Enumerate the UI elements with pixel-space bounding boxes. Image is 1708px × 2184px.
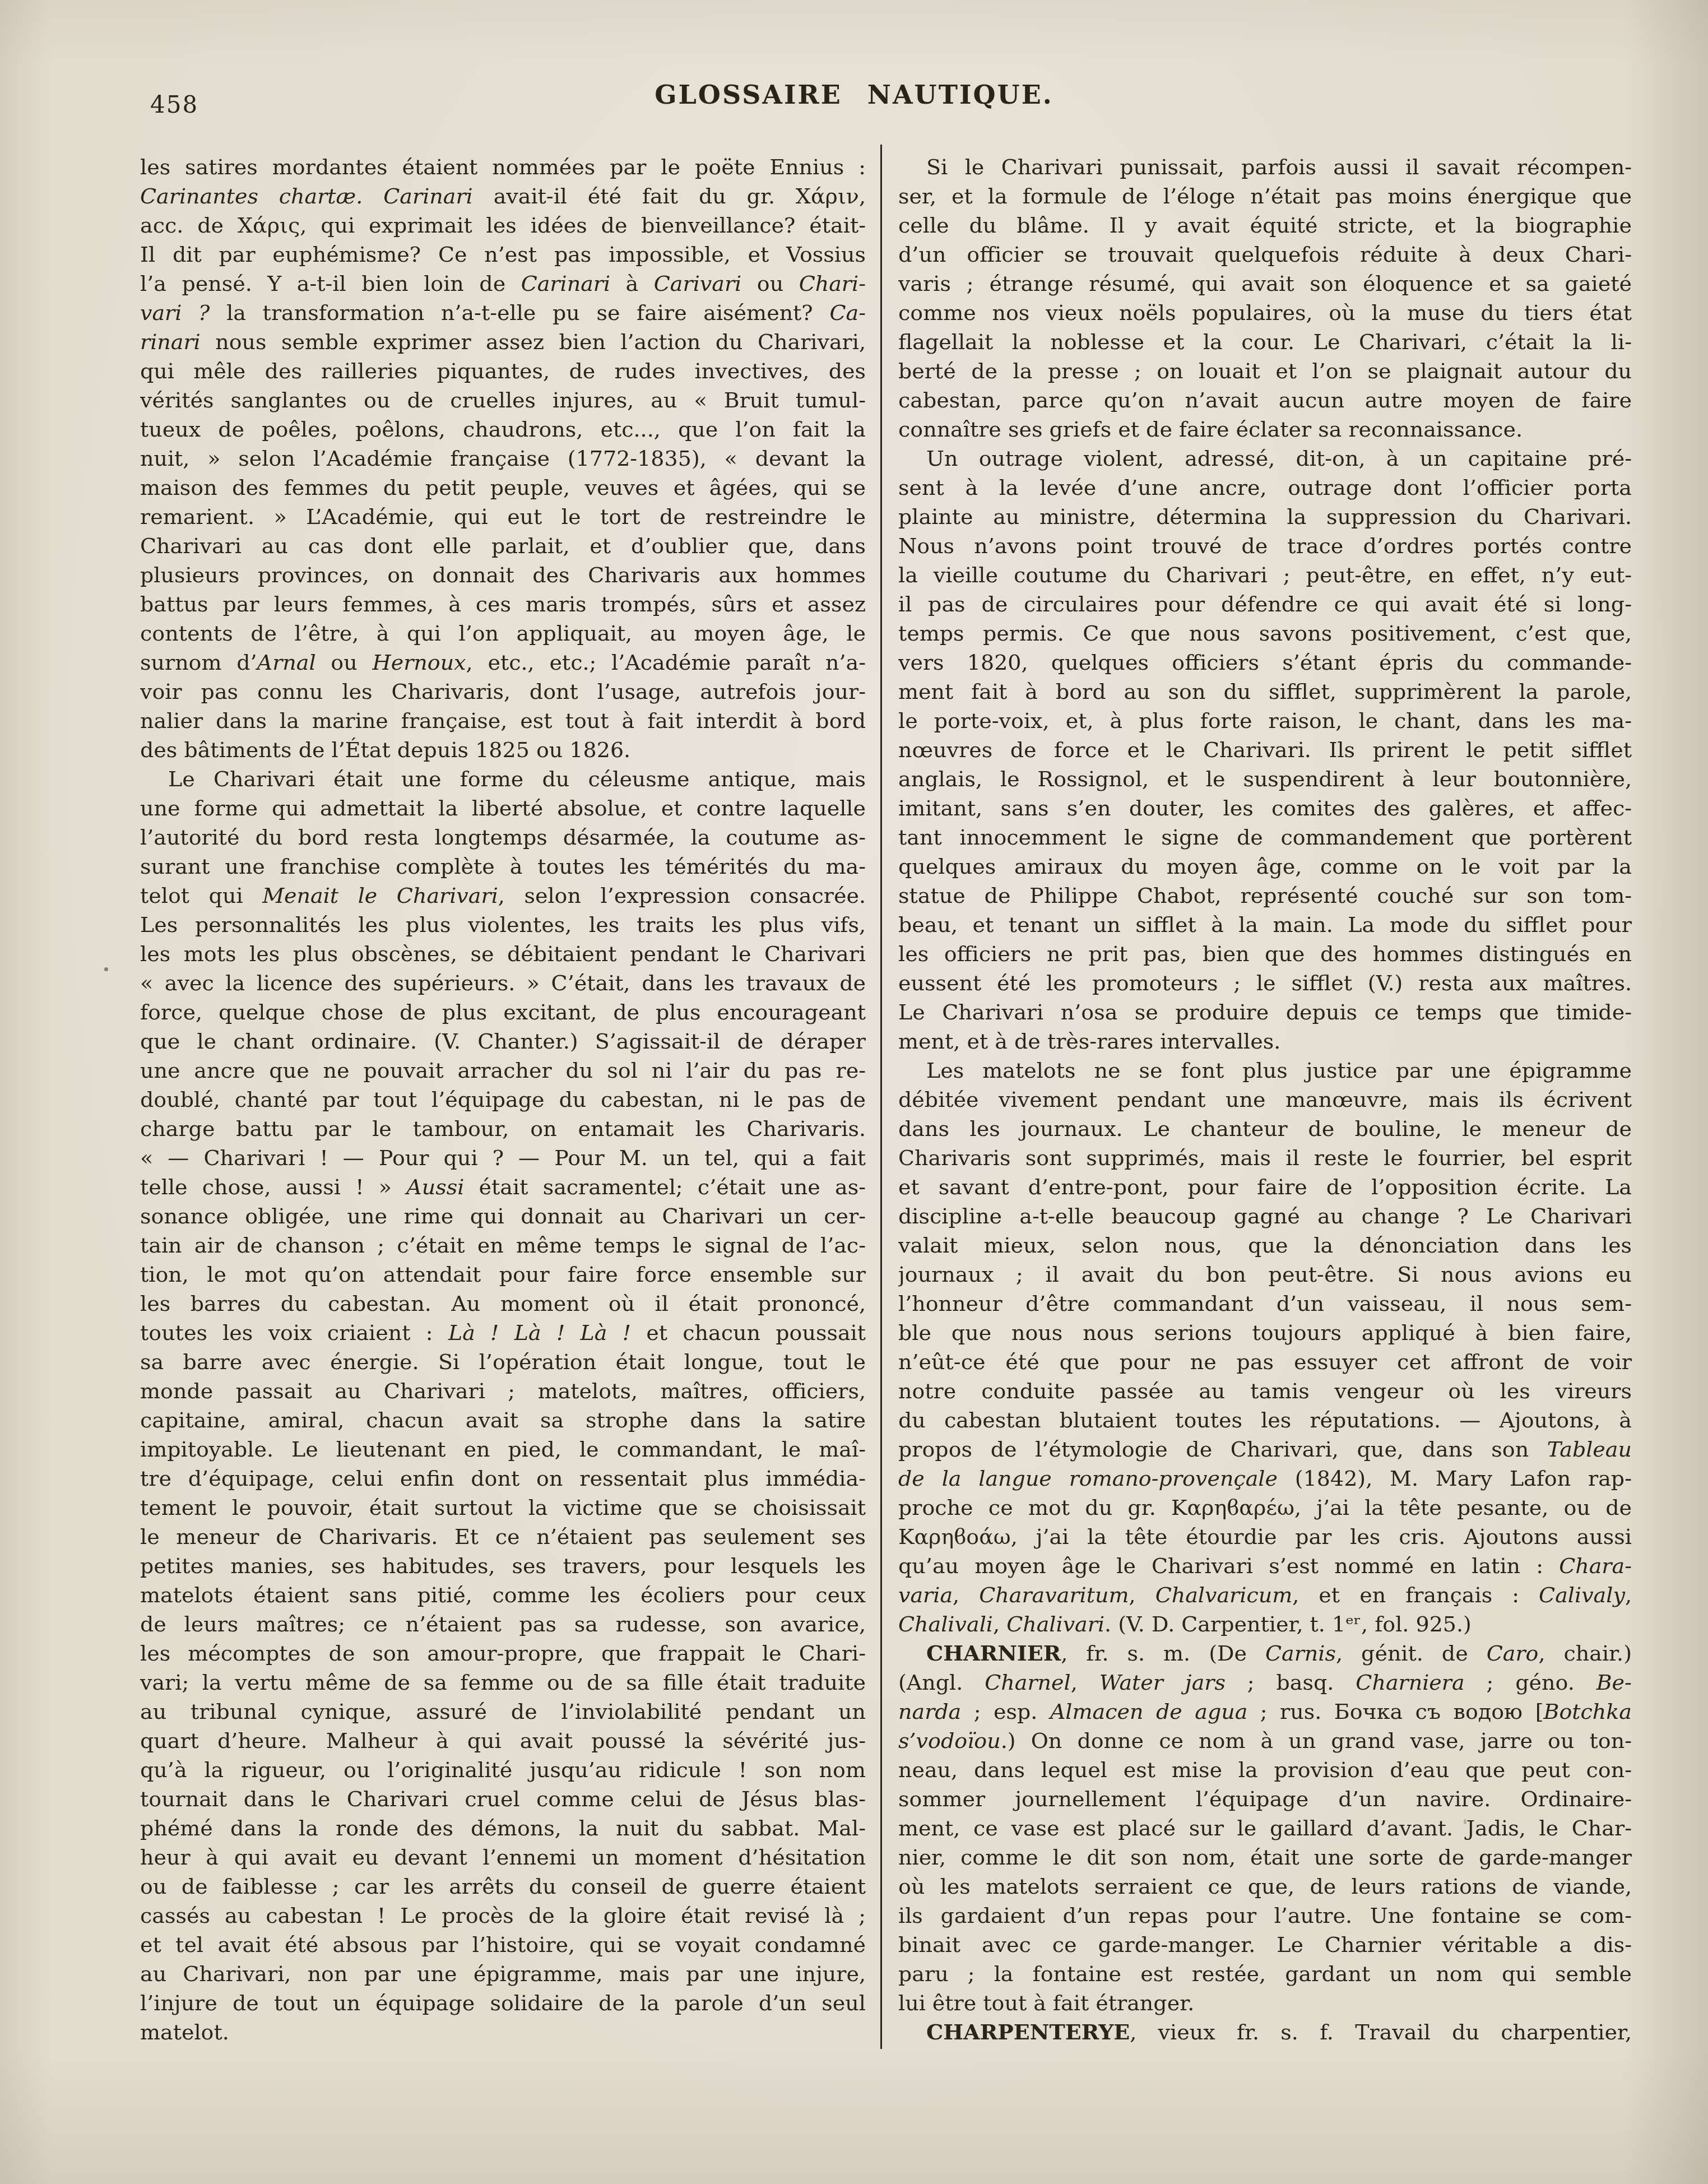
text-line: nœuvres de force et le Charivari. Ils pr… [898, 735, 1632, 764]
text-line: force, quelque chose de plus excitant, d… [140, 998, 866, 1027]
paragraph: Le Charivari était une forme du céleusme… [140, 764, 866, 2047]
text-line: imitant, sans s’en douter, les comites d… [898, 794, 1632, 823]
paper-speckle [1464, 1819, 1466, 1824]
text-line: sa barre avec énergie. Si l’opération ét… [140, 1347, 866, 1376]
text-line: sommer journellement l’équipage d’un nav… [898, 1784, 1632, 1814]
text-line: débitée vivement pendant une manœuvre, m… [898, 1085, 1632, 1114]
text-line: les mots les plus obscènes, se débitaien… [140, 939, 866, 968]
text-line: la vieille coutume du Charivari ; peut-ê… [898, 560, 1632, 590]
text-line: sonance obligée, une rime qui donnait au… [140, 1202, 866, 1231]
text-line: beau, et tenant un sifflet à la main. La… [898, 910, 1632, 939]
text-line: où les matelots serraient ce que, de leu… [898, 1872, 1632, 1901]
text-line: vari ? la transformation n’a-t-elle pu s… [140, 298, 866, 327]
text-line: journaux ; il avait du bon peut-être. Si… [898, 1260, 1632, 1289]
text-line: anglais, le Rossignol, et le suspendiren… [898, 764, 1632, 794]
text-line: au tribunal cynique, assuré de l’inviola… [140, 1697, 866, 1726]
text-line: surant une franchise complète à toutes l… [140, 852, 866, 881]
text-line: Les matelots ne se font plus justice par… [898, 1056, 1632, 1085]
text-line: ser, et la formule de l’éloge n’était pa… [898, 182, 1632, 211]
text-line: surnom d’Arnal ou Hernoux, etc., etc.; l… [140, 648, 866, 677]
text-line: nuit, » selon l’Académie française (1772… [140, 444, 866, 473]
text-line: les barres du cabestan. Au moment où il … [140, 1289, 866, 1318]
text-line: ment fait à bord au son du sifflet, supp… [898, 677, 1632, 706]
text-line: dans les journaux. Le chanteur de boulin… [898, 1114, 1632, 1143]
text-line: qu’au moyen âge le Charivari s’est nommé… [898, 1551, 1632, 1580]
text-line: vérités sanglantes ou de cruelles injure… [140, 386, 866, 415]
text-line: Il dit par euphémisme? Ce n’est pas impo… [140, 240, 866, 269]
text-line: discipline a-t-elle beaucoup gagné au ch… [898, 1202, 1632, 1231]
text-line: valait mieux, selon nous, que la dénonci… [898, 1231, 1632, 1260]
text-line: (Angl. Charnel, Water jars ; basq. Charn… [898, 1668, 1632, 1697]
text-line: tain air de chanson ; c’était en même te… [140, 1231, 866, 1260]
left-column: les satires mordantes étaient nommées pa… [140, 152, 866, 2047]
text-line: Un outrage violent, adressé, dit-on, à u… [898, 444, 1632, 473]
text-line: phémé dans la ronde des démons, la nuit … [140, 1814, 866, 1843]
text-line: petites manies, ses habitudes, ses trave… [140, 1551, 866, 1580]
text-line: il pas de circulaires pour défendre ce q… [898, 590, 1632, 619]
text-line: telot qui Menait le Charivari, selon l’e… [140, 881, 866, 910]
text-line: l’honneur d’être commandant d’un vaissea… [898, 1289, 1632, 1318]
text-line: eussent été les promoteurs ; le sifflet … [898, 968, 1632, 998]
text-line: tre d’équipage, celui enfin dont on ress… [140, 1464, 866, 1493]
scanned-book-page: 458 GLOSSAIRE NAUTIQUE. les satires mord… [0, 0, 1708, 2184]
text-line: Le Charivari n’osa se produire depuis ce… [898, 998, 1632, 1027]
text-line: flagellait la noblesse et la cour. Le Ch… [898, 327, 1632, 356]
text-line: temps permis. Ce que nous savons positiv… [898, 619, 1632, 648]
text-line: l’a pensé. Y a-t-il bien loin de Carinar… [140, 269, 866, 298]
text-line: du cabestan blutaient toutes les réputat… [898, 1406, 1632, 1435]
text-line: statue de Philippe Chabot, représenté co… [898, 881, 1632, 910]
text-line: ils gardaient d’un repas pour l’autre. U… [898, 1901, 1632, 1930]
text-line: les satires mordantes étaient nommées pa… [140, 152, 866, 182]
text-line: s’vodoïou.) On donne ce nom à un grand v… [898, 1726, 1632, 1755]
text-line: nalier dans la marine française, est tou… [140, 706, 866, 735]
text-line: Nous n’avons point trouvé de trace d’ord… [898, 531, 1632, 560]
text-line: contents de l’être, à qui l’on appliquai… [140, 619, 866, 648]
text-line: notre conduite passée au tamis vengeur o… [898, 1376, 1632, 1406]
text-line: proche ce mot du gr. Καρηϐαρέω, j’ai la … [898, 1493, 1632, 1522]
text-line: nier, comme le dit son nom, était une so… [898, 1843, 1632, 1872]
text-line: voir pas connu les Charivaris, dont l’us… [140, 677, 866, 706]
column-divider-rule [880, 145, 882, 2049]
text-line: ble que nous nous serions toujours appli… [898, 1318, 1632, 1347]
text-line: Carinantes chartæ. Carinari avait-il été… [140, 182, 866, 211]
text-line: matelots étaient sans pitié, comme les é… [140, 1580, 866, 1610]
text-line: une ancre que ne pouvait arracher du sol… [140, 1056, 866, 1085]
text-line: vari; la vertu même de sa femme ou de sa… [140, 1668, 866, 1697]
text-line: que le chant ordinaire. (V. Chanter.) S’… [140, 1027, 866, 1056]
page-title: GLOSSAIRE NAUTIQUE. [0, 80, 1708, 110]
text-line: rinari nous semble exprimer assez bien l… [140, 327, 866, 356]
paragraph: Les matelots ne se font plus justice par… [898, 1056, 1632, 1639]
text-line: et savant d’entre-pont, pour faire de l’… [898, 1172, 1632, 1202]
text-line: toutes les voix criaient : Là ! Là ! Là … [140, 1318, 866, 1347]
text-line: au Charivari, non par une épigramme, mai… [140, 1959, 866, 1988]
text-line: Καρηϐοάω, j’ai la tête étourdie par les … [898, 1522, 1632, 1551]
text-line: Chalivali, Chalivari. (V. D. Carpentier,… [898, 1610, 1632, 1639]
text-line: les officiers ne prit pas, bien que des … [898, 939, 1632, 968]
text-line: charge battu par le tambour, on entamait… [140, 1114, 866, 1143]
text-line: lui être tout à fait étranger. [898, 1988, 1632, 2018]
text-line: l’autorité du bord resta longtemps désar… [140, 823, 866, 852]
text-line: sent à la levée d’une ancre, outrage don… [898, 473, 1632, 502]
text-line: cassés au cabestan ! Le procès de la glo… [140, 1901, 866, 1930]
text-line: vers 1820, quelques officiers s’étant ép… [898, 648, 1632, 677]
text-line: tournait dans le Charivari cruel comme c… [140, 1784, 866, 1814]
text-line: varis ; étrange résumé, qui avait son él… [898, 269, 1632, 298]
text-line: et tel avait été absous par l’histoire, … [140, 1930, 866, 1959]
text-line: berté de la presse ; on louait et l’on s… [898, 356, 1632, 386]
text-line: d’un officier se trouvait quelquefois ré… [898, 240, 1632, 269]
text-line: plainte au ministre, détermina la suppre… [898, 502, 1632, 531]
text-line: le porte-voix, et, à plus forte raison, … [898, 706, 1632, 735]
paragraph: CHARPENTERYE, vieux fr. s. f. Travail du… [898, 2018, 1632, 2047]
text-line: varia, Charavaritum, Chalvaricum, et en … [898, 1580, 1632, 1610]
text-line: une forme qui admettait la liberté absol… [140, 794, 866, 823]
text-line: remarient. » L’Académie, qui eut le tort… [140, 502, 866, 531]
text-line: n’eût-ce été que pour ne pas essuyer cet… [898, 1347, 1632, 1376]
text-line: quelques amiraux du moyen âge, comme on … [898, 852, 1632, 881]
text-line: impitoyable. Le lieutenant en pied, le c… [140, 1435, 866, 1464]
text-line: cabestan, parce qu’on n’avait aucun autr… [898, 386, 1632, 415]
text-line: monde passait au Charivari ; matelots, m… [140, 1376, 866, 1406]
text-line: ment, et à de très-rares intervalles. [898, 1027, 1632, 1056]
text-line: tement le pouvoir, était surtout la vict… [140, 1493, 866, 1522]
text-line: quart d’heure. Malheur à qui avait pouss… [140, 1726, 866, 1755]
text-body: les satires mordantes étaient nommées pa… [140, 152, 1632, 2047]
text-line: plusieurs provinces, on donnait des Char… [140, 560, 866, 590]
text-line: de leurs maîtres; ce n’étaient pas sa ru… [140, 1610, 866, 1639]
text-line: le meneur de Charivaris. Et ce n’étaient… [140, 1522, 866, 1551]
text-line: « avec la licence des supérieurs. » C’ét… [140, 968, 866, 998]
text-line: tion, le mot qu’on attendait pour faire … [140, 1260, 866, 1289]
text-line: celle du blâme. Il y avait équité strict… [898, 211, 1632, 240]
text-line: tant innocemment le signe de commandemen… [898, 823, 1632, 852]
text-line: acc. de Χάρις, qui exprimait les idées d… [140, 211, 866, 240]
text-line: ment, ce vase est placé sur le gaillard … [898, 1814, 1632, 1843]
text-line: connaître ses griefs et de faire éclater… [898, 415, 1632, 444]
text-line: capitaine, amiral, chacun avait sa strop… [140, 1406, 866, 1435]
text-line: tueux de poêles, poêlons, chaudrons, etc… [140, 415, 866, 444]
text-line: propos de l’étymologie de Charivari, que… [898, 1435, 1632, 1464]
text-line: Si le Charivari punissait, parfois aussi… [898, 152, 1632, 182]
text-line: ou de faiblesse ; car les arrêts du cons… [140, 1872, 866, 1901]
text-line: battus par leurs femmes, à ces maris tro… [140, 590, 866, 619]
text-line: CHARNIER, fr. s. m. (De Carnis, génit. d… [898, 1639, 1632, 1668]
text-line: l’injure de tout un équipage solidaire d… [140, 1988, 866, 2018]
text-line: les mécomptes de son amour-propre, que f… [140, 1639, 866, 1668]
text-line: Charivari au cas dont elle parlait, et d… [140, 531, 866, 560]
text-line: des bâtiments de l’État depuis 1825 ou 1… [140, 735, 866, 764]
text-line: narda ; esp. Almacen de agua ; rus. Бочк… [898, 1697, 1632, 1726]
text-line: qui mêle des railleries piquantes, de ru… [140, 356, 866, 386]
text-line: comme nos vieux noëls populaires, où la … [898, 298, 1632, 327]
paragraph: Un outrage violent, adressé, dit-on, à u… [898, 444, 1632, 1056]
text-line: heur à qui avait eu devant l’ennemi un m… [140, 1843, 866, 1872]
text-line: Charivaris sont supprimés, mais il reste… [898, 1143, 1632, 1172]
text-line: maison des femmes du petit peuple, veuve… [140, 473, 866, 502]
text-line: binait avec ce garde-manger. Le Charnier… [898, 1930, 1632, 1959]
text-line: qu’à la rigueur, ou l’originalité jusqu’… [140, 1755, 866, 1784]
text-line: Les personnalités les plus violentes, le… [140, 910, 866, 939]
text-line: matelot. [140, 2018, 866, 2047]
paragraph: Si le Charivari punissait, parfois aussi… [898, 152, 1632, 444]
paragraph: CHARNIER, fr. s. m. (De Carnis, génit. d… [898, 1639, 1632, 2018]
text-line: doublé, chanté par tout l’équipage du ca… [140, 1085, 866, 1114]
text-line: CHARPENTERYE, vieux fr. s. f. Travail du… [898, 2018, 1632, 2047]
text-line: Le Charivari était une forme du céleusme… [140, 764, 866, 794]
paragraph: les satires mordantes étaient nommées pa… [140, 152, 866, 764]
text-line: « — Charivari ! — Pour qui ? — Pour M. u… [140, 1143, 866, 1172]
text-line: paru ; la fontaine est restée, gardant u… [898, 1959, 1632, 1988]
right-column: Si le Charivari punissait, parfois aussi… [898, 152, 1632, 2047]
paper-speckle [104, 967, 108, 971]
text-line: telle chose, aussi ! » Aussi était sacra… [140, 1172, 866, 1202]
text-line: de la langue romano-provençale (1842), M… [898, 1464, 1632, 1493]
text-line: neau, dans lequel est mise la provision … [898, 1755, 1632, 1784]
